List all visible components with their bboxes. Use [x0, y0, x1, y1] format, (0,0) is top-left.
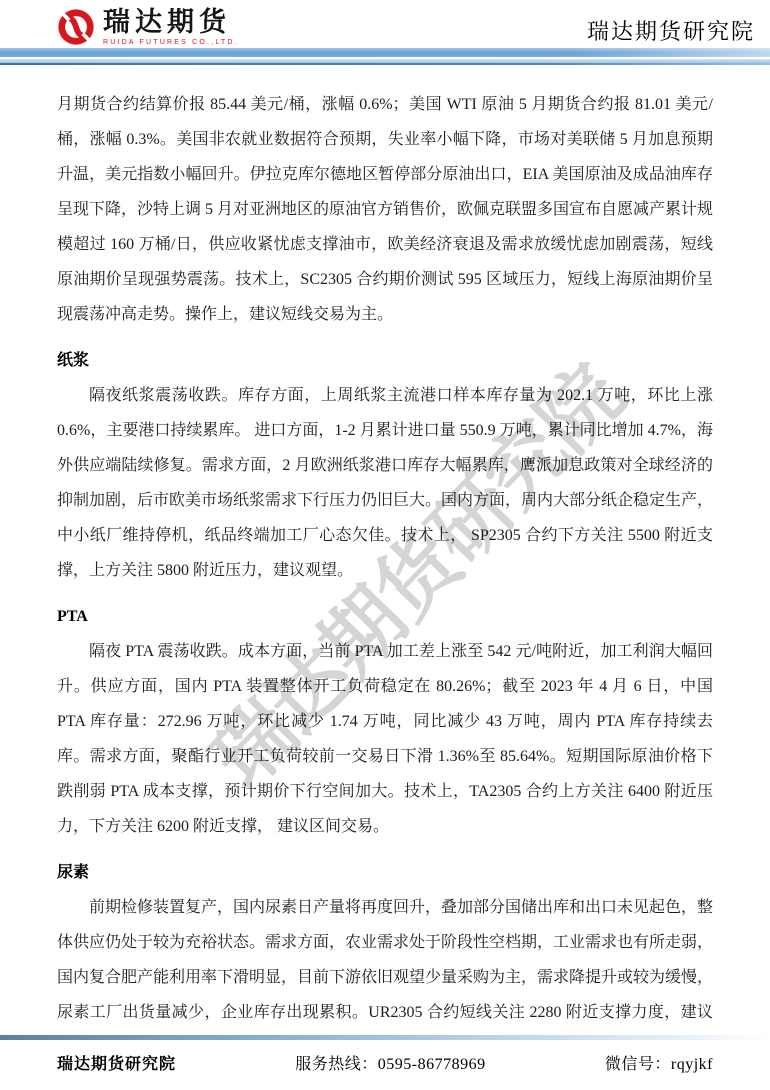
section-heading-pta: PTA — [57, 599, 713, 634]
ruida-emblem-icon — [55, 6, 97, 48]
footer-wechat-id: 微信号：rqyjkf — [605, 1051, 713, 1074]
section-heading-pulp: 纸浆 — [57, 343, 713, 378]
brand-name-cn: 瑞达期货 — [103, 9, 239, 36]
paragraph-pta: 隔夜 PTA 震荡收跌。成本方面，当前 PTA 加工差上涨至 542 元/吨附近… — [57, 634, 713, 844]
section-heading-urea: 尿素 — [57, 855, 713, 890]
footer: 瑞达期货研究院 服务热线：0595-86778969 微信号：rqyjkf — [0, 1035, 770, 1090]
report-page: 瑞达期货 RUIDA FUTURES CO.,LTD. 瑞达期货研究院 瑞达期货… — [0, 0, 770, 1090]
paragraph-pulp: 隔夜纸浆震荡收跌。库存方面，上周纸浆主流港口样本库存量为 202.1 万吨，环比… — [57, 378, 713, 588]
header: 瑞达期货 RUIDA FUTURES CO.,LTD. 瑞达期货研究院 — [0, 0, 770, 48]
footer-divider-bar — [0, 1035, 770, 1040]
company-logo: 瑞达期货 RUIDA FUTURES CO.,LTD. — [55, 6, 239, 48]
footer-row: 瑞达期货研究院 服务热线：0595-86778969 微信号：rqyjkf — [0, 1049, 770, 1090]
research-institute-title: 瑞达期货研究院 — [587, 15, 755, 48]
footer-institute-name: 瑞达期货研究院 — [57, 1051, 176, 1074]
footer-hotline: 服务热线：0595-86778969 — [295, 1051, 485, 1074]
paragraph-crude-oil-continuation: 月期货合约结算价报 85.44 美元/桶，涨幅 0.6%；美国 WTI 原油 5… — [57, 87, 713, 332]
header-divider-bar — [0, 48, 770, 57]
brand-text: 瑞达期货 RUIDA FUTURES CO.,LTD. — [103, 9, 239, 46]
brand-name-en: RUIDA FUTURES CO.,LTD. — [103, 39, 239, 46]
report-body: 月期货合约结算价报 85.44 美元/桶，涨幅 0.6%；美国 WTI 原油 5… — [0, 65, 770, 1065]
